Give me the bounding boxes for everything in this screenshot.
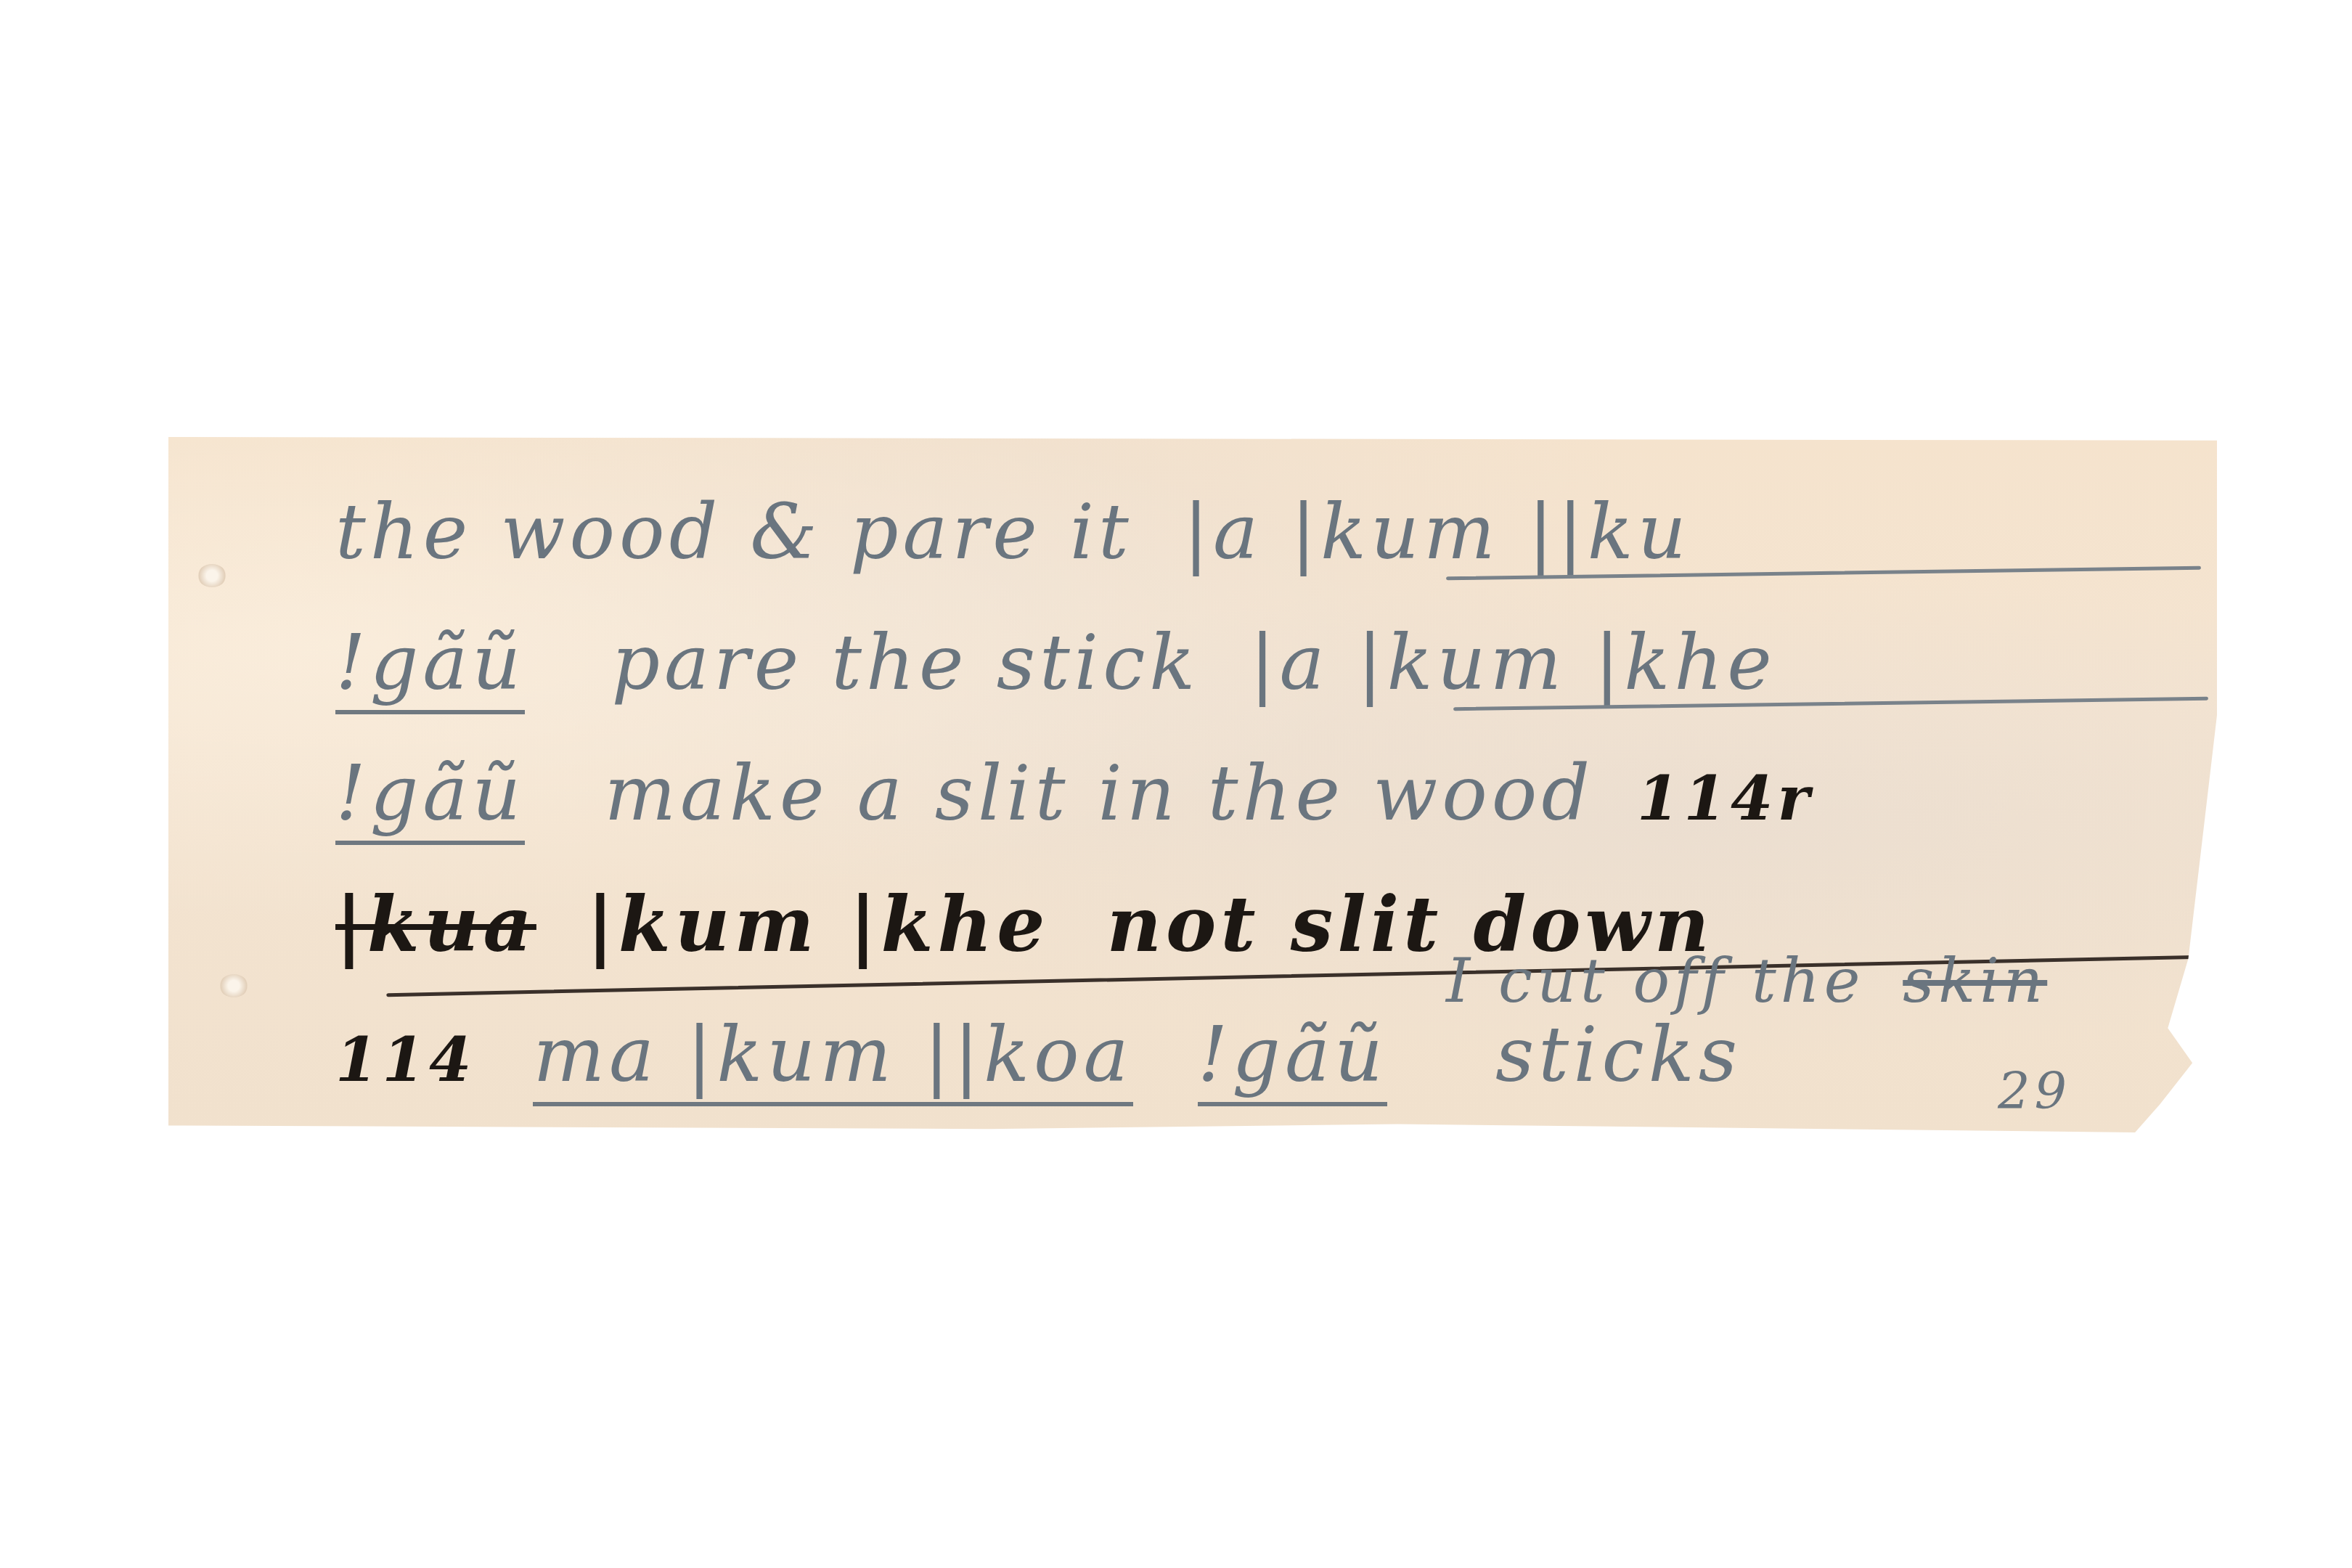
struck-word: skin xyxy=(1903,945,2047,1016)
manuscript-page: the wood & pare it |a |kum ||ku !gãũ par… xyxy=(168,437,2217,1132)
english-gloss: I cut off the xyxy=(1446,945,1865,1016)
xam-word: !gãũ xyxy=(335,618,525,714)
manuscript-line-5: 114 ma |kum ||koa !gãũ sticks xyxy=(335,1010,1741,1099)
xam-word: !gãũ xyxy=(335,749,525,845)
manuscript-annotation: I cut off the skin xyxy=(1446,945,2047,1016)
english-gloss: the wood & pare it xyxy=(335,488,1133,576)
xam-word: !gãũ xyxy=(1198,1010,1387,1106)
manuscript-line-1: the wood & pare it |a |kum ||ku xyxy=(335,488,1691,576)
reference-number: 114 xyxy=(335,1024,475,1095)
xam-text: |a |kum |khe xyxy=(1249,618,1776,707)
manuscript-line-2: !gãũ pare the stick |a |kum |khe xyxy=(335,618,1776,707)
english-gloss: sticks xyxy=(1495,1010,1741,1099)
punch-hole xyxy=(197,564,226,587)
struck-word: |kua xyxy=(335,880,536,969)
page-number: 29 xyxy=(1998,1061,2071,1121)
xam-text: |a |kum ||ku xyxy=(1183,488,1691,576)
rust-stain xyxy=(2221,727,2237,771)
xam-text: |kum |khe xyxy=(587,880,1049,969)
xam-text: ma |kum ||koa xyxy=(533,1010,1132,1106)
english-gloss: pare the stick xyxy=(611,618,1199,707)
english-gloss: make a slit in the wood xyxy=(604,749,1594,838)
reference-number: 114r xyxy=(1637,762,1814,834)
punch-hole xyxy=(219,974,248,997)
manuscript-line-3: !gãũ make a slit in the wood 114r xyxy=(335,749,1814,838)
